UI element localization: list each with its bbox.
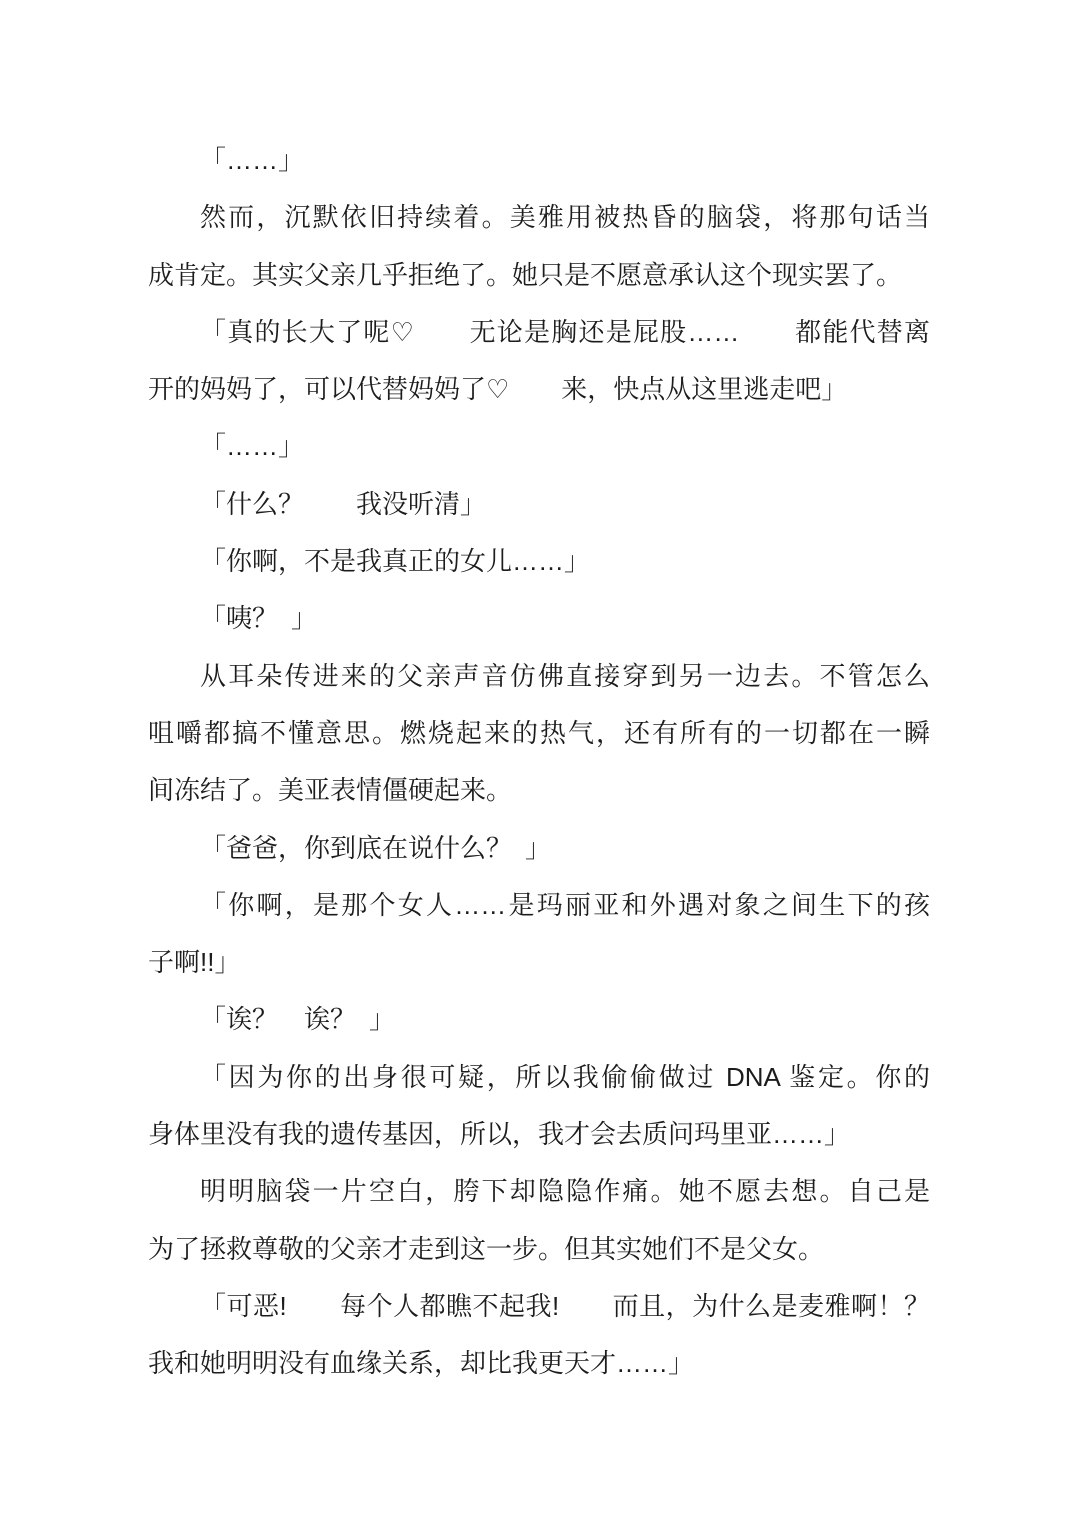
text-line: 成肯定。其实父亲几乎拒绝了。她只是不愿意承认这个现实罢了。 [148,247,930,304]
text-line: 「爸爸，你到底在说什么？ 」 [148,820,930,877]
text-line: 「因为你的出身很可疑，所以我偷偷做过 DNA 鉴定。你的 [148,1049,930,1106]
text-line: 「……」 [148,418,930,475]
text-line: 咀嚼都搞不懂意思。燃烧起来的热气，还有所有的一切都在一瞬 [148,705,930,762]
text-line: 「咦？ 」 [148,590,930,647]
text-line: 「可恶! 每个人都瞧不起我! 而且，为什么是麦雅啊！？ [148,1278,930,1335]
text-line: 身体里没有我的遗传基因，所以，我才会去质问玛里亚……」 [148,1106,930,1163]
text-line: 间冻结了。美亚表情僵硬起来。 [148,762,930,819]
document-page: 「……」然而，沉默依旧持续着。美雅用被热昏的脑袋，将那句话当成肯定。其实父亲几乎… [0,0,1080,1527]
text-line: 「……」 [148,132,930,189]
text-line: 「你啊，是那个女人……是玛丽亚和外遇对象之间生下的孩 [148,877,930,934]
text-line: 「什么？ 我没听清」 [148,476,930,533]
text-line: 「真的长大了呢♡ 无论是胸还是屁股…… 都能代替离 [148,304,930,361]
text-line: 明明脑袋一片空白，胯下却隐隐作痛。她不愿去想。自己是 [148,1163,930,1220]
text-line: 我和她明明没有血缘关系，却比我更天才……」 [148,1335,930,1392]
text-line: 然而，沉默依旧持续着。美雅用被热昏的脑袋，将那句话当 [148,189,930,246]
text-line: 「诶？ 诶？ 」 [148,991,930,1048]
text-line: 开的妈妈了，可以代替妈妈了♡ 来，快点从这里逃走吧」 [148,361,930,418]
text-line: 为了拯救尊敬的父亲才走到这一步。但其实她们不是父女。 [148,1221,930,1278]
text-line: 从耳朵传进来的父亲声音仿佛直接穿到另一边去。不管怎么 [148,648,930,705]
text-line: 子啊!!」 [148,934,930,991]
text-line: 「你啊，不是我真正的女儿……」 [148,533,930,590]
